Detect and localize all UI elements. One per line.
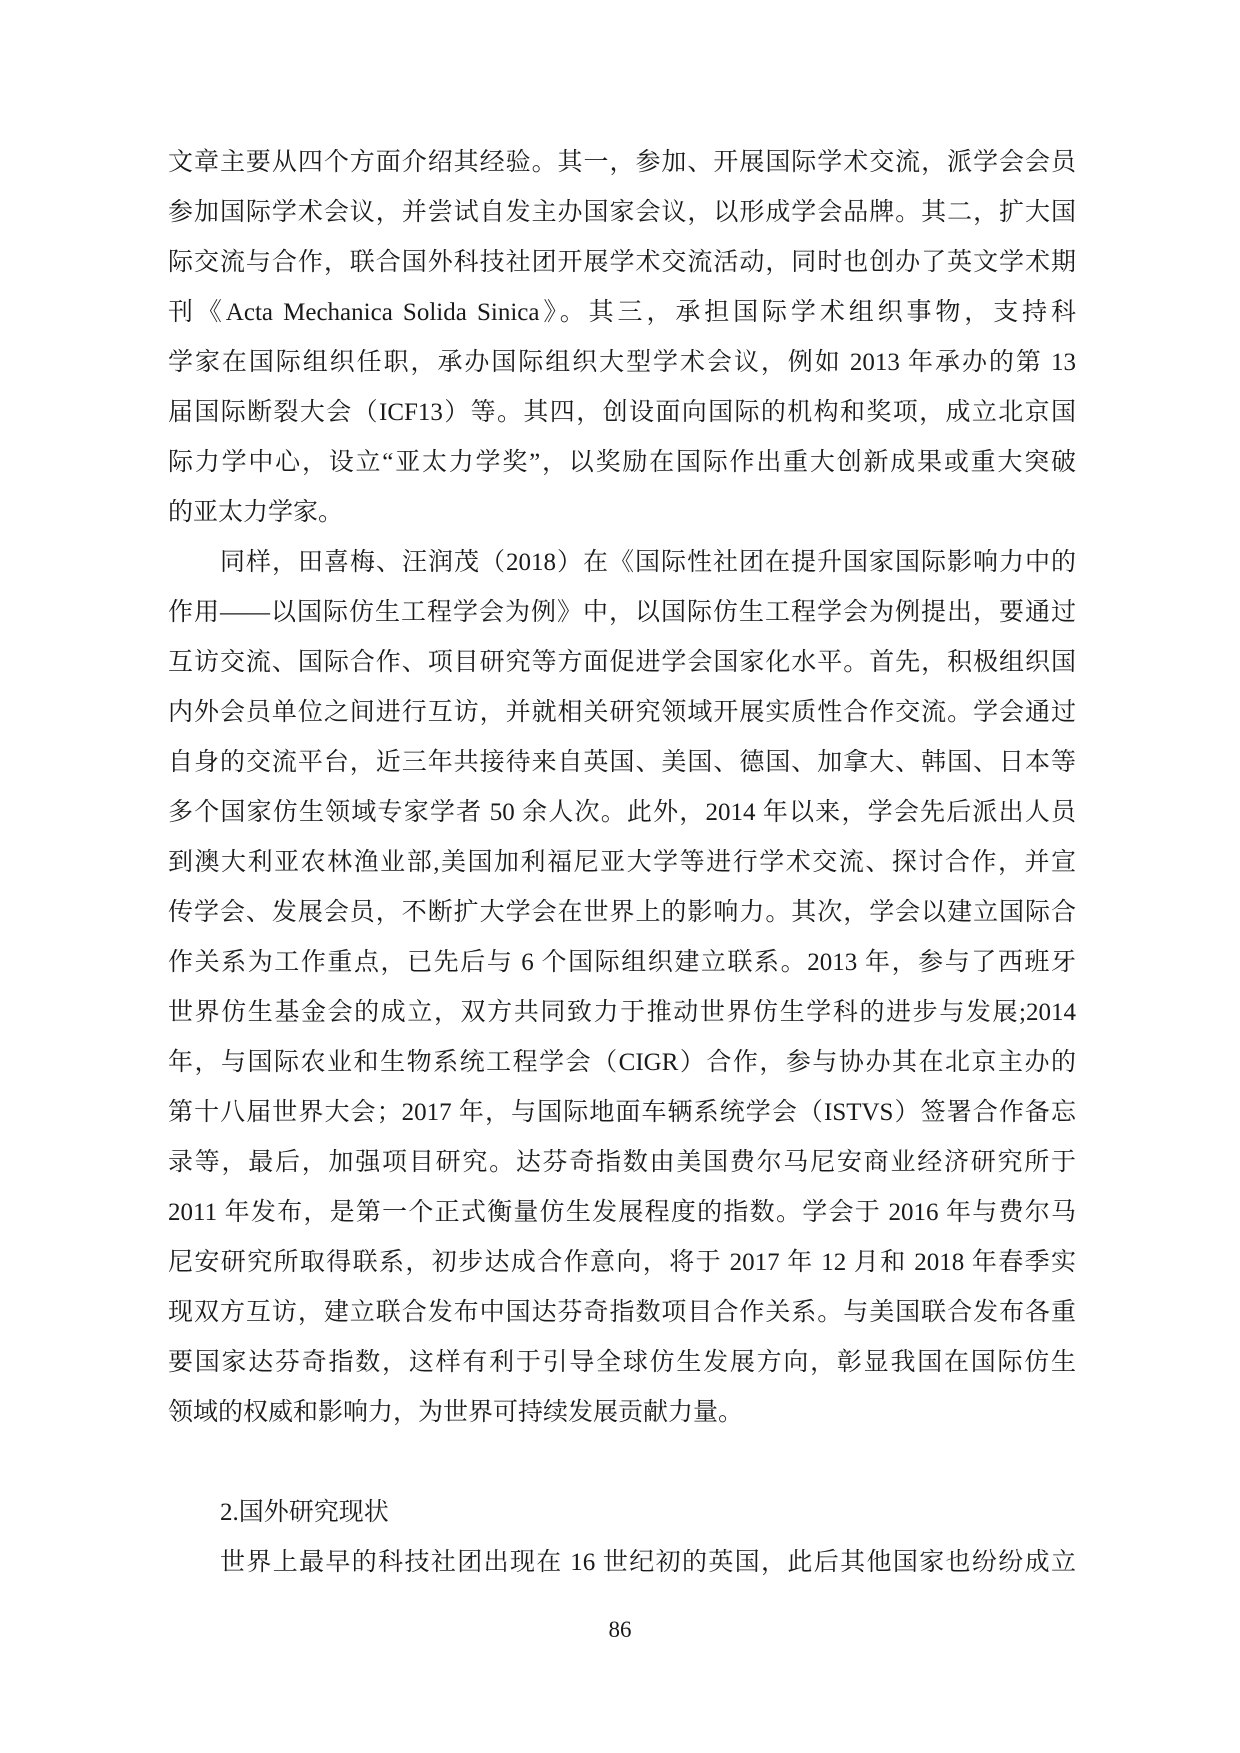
text-line: 刊《Acta Mechanica Solida Sinica》。其三，承担国际学… — [168, 288, 1076, 338]
text-line: 多个国家仿生领域专家学者 50 余人次。此外，2014 年以来，学会先后派出人员 — [168, 788, 1076, 838]
text-line: 第十八届世界大会；2017 年，与国际地面车辆系统学会（ISTVS）签署合作备忘 — [168, 1088, 1076, 1138]
text-line: 际交流与合作，联合国外科技社团开展学术交流活动，同时也创办了英文学术期 — [168, 238, 1076, 288]
section-heading: 2.国外研究现状 — [168, 1488, 1076, 1538]
text-line: 自身的交流平台，近三年共接待来自英国、美国、德国、加拿大、韩国、日本等 — [168, 738, 1076, 788]
text-line: 2011 年发布，是第一个正式衡量仿生发展程度的指数。学会于 2016 年与费尔… — [168, 1188, 1076, 1238]
text-line: 学家在国际组织任职，承办国际组织大型学术会议，例如 2013 年承办的第 13 — [168, 338, 1076, 388]
text-line: 作用——以国际仿生工程学会为例》中，以国际仿生工程学会为例提出，要通过 — [168, 588, 1076, 638]
heading-line: 2.国外研究现状 — [168, 1488, 1076, 1538]
paragraph: 世界上最早的科技社团出现在 16 世纪初的英国，此后其他国家也纷纷成立 — [168, 1538, 1076, 1588]
text-line: 的亚太力学家。 — [168, 488, 1076, 538]
text-line: 传学会、发展会员，不断扩大学会在世界上的影响力。其次，学会以建立国际合 — [168, 888, 1076, 938]
paragraph: 文章主要从四个方面介绍其经验。其一，参加、开展国际学术交流，派学会会员参加国际学… — [168, 138, 1076, 538]
page-body: 文章主要从四个方面介绍其经验。其一，参加、开展国际学术交流，派学会会员参加国际学… — [168, 138, 1076, 1588]
text-line: 际力学中心，设立“亚太力学奖”，以奖励在国际作出重大创新成果或重大突破 — [168, 438, 1076, 488]
text-line: 参加国际学术会议，并尝试自发主办国家会议，以形成学会品牌。其二，扩大国 — [168, 188, 1076, 238]
text-line: 领域的权威和影响力，为世界可持续发展贡献力量。 — [168, 1388, 1076, 1438]
text-line: 世界上最早的科技社团出现在 16 世纪初的英国，此后其他国家也纷纷成立 — [168, 1538, 1076, 1588]
text-line: 文章主要从四个方面介绍其经验。其一，参加、开展国际学术交流，派学会会员 — [168, 138, 1076, 188]
text-line: 同样，田喜梅、汪润茂（2018）在《国际性社团在提升国家国际影响力中的 — [168, 538, 1076, 588]
text-line: 世界仿生基金会的成立，双方共同致力于推动世界仿生学科的进步与发展;2014 — [168, 988, 1076, 1038]
page-number: 86 — [0, 1613, 1240, 1647]
text-line: 要国家达芬奇指数，这样有利于引导全球仿生发展方向，彰显我国在国际仿生 — [168, 1338, 1076, 1388]
text-line: 内外会员单位之间进行互访，并就相关研究领域开展实质性合作交流。学会通过 — [168, 688, 1076, 738]
text-line: 互访交流、国际合作、项目研究等方面促进学会国家化水平。首先，积极组织国 — [168, 638, 1076, 688]
text-line: 届国际断裂大会（ICF13）等。其四，创设面向国际的机构和奖项，成立北京国 — [168, 388, 1076, 438]
text-line: 到澳大利亚农林渔业部,美国加利福尼亚大学等进行学术交流、探讨合作，并宣 — [168, 838, 1076, 888]
paragraph: 同样，田喜梅、汪润茂（2018）在《国际性社团在提升国家国际影响力中的作用——以… — [168, 538, 1076, 1438]
text-line: 年，与国际农业和生物系统工程学会（CIGR）合作，参与协办其在北京主办的 — [168, 1038, 1076, 1088]
text-line: 尼安研究所取得联系，初步达成合作意向，将于 2017 年 12 月和 2018 … — [168, 1238, 1076, 1288]
text-line: 录等，最后，加强项目研究。达芬奇指数由美国费尔马尼安商业经济研究所于 — [168, 1138, 1076, 1188]
text-line: 现双方互访，建立联合发布中国达芬奇指数项目合作关系。与美国联合发布各重 — [168, 1288, 1076, 1338]
text-line: 作关系为工作重点，已先后与 6 个国际组织建立联系。2013 年，参与了西班牙 — [168, 938, 1076, 988]
document-page: 文章主要从四个方面介绍其经验。其一，参加、开展国际学术交流，派学会会员参加国际学… — [0, 0, 1240, 1753]
